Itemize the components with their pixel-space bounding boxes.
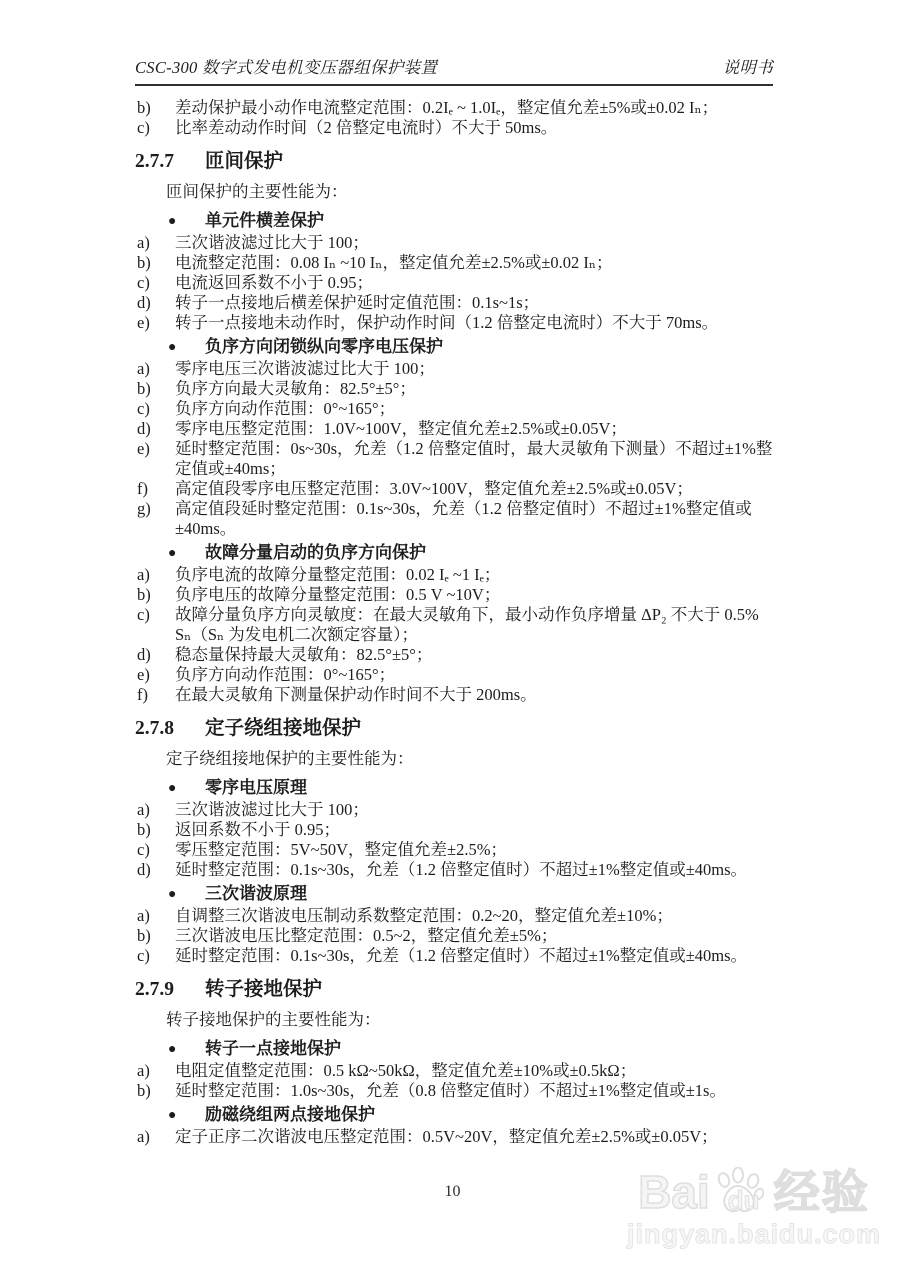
list-item: b)负序方向最大灵敏角：82.5°±5°； xyxy=(135,379,777,399)
bullet-heading: ●励磁绕组两点接地保护 xyxy=(135,1104,777,1125)
item-text: 延时整定范围：0.1s~30s，允差（1.2 倍整定值时）不超过±1%整定值或±… xyxy=(175,860,777,880)
baidu-jingyan-watermark: Bai du 经验 jingyan.baidu.com xyxy=(609,1167,899,1250)
list-item: a)定子正序二次谐波电压整定范围：0.5V~20V，整定值允差±2.5%或±0.… xyxy=(135,1127,777,1147)
item-label: b) xyxy=(135,253,175,273)
item-text: 比率差动动作时间（2 倍整定电流时）不大于 50ms。 xyxy=(175,118,777,138)
item-text: 高定值段延时整定范围：0.1s~30s，允差（1.2 倍整定值时）不超过±1%整… xyxy=(175,499,777,539)
section-heading: 2.7.9转子接地保护 xyxy=(135,977,777,1002)
bullet-title: 零序电压原理 xyxy=(205,777,307,798)
bullet-title: 单元件横差保护 xyxy=(205,210,324,231)
bullet-title: 故障分量启动的负序方向保护 xyxy=(205,542,426,563)
list-item: f)在最大灵敏角下测量保护动作时间不大于 200ms。 xyxy=(135,685,777,705)
list-item: a)三次谐波滤过比大于 100； xyxy=(135,233,777,253)
list-item: a)零序电压三次谐波滤过比大于 100； xyxy=(135,359,777,379)
item-label: d) xyxy=(135,293,175,313)
item-text: 延时整定范围：1.0s~30s，允差（0.8 倍整定值时）不超过±1%整定值或±… xyxy=(175,1081,777,1101)
list-item: a)三次谐波滤过比大于 100； xyxy=(135,800,777,820)
bullet-title: 转子一点接地保护 xyxy=(205,1038,341,1059)
item-text: 负序电流的故障分量整定范围：0.02 Iₑ ~1 Iₑ； xyxy=(175,565,777,585)
item-text: 在最大灵敏角下测量保护动作时间不大于 200ms。 xyxy=(175,685,777,705)
item-label: a) xyxy=(135,800,175,820)
bullet-title: 负序方向闭锁纵向零序电压保护 xyxy=(205,336,443,357)
header-doc-type: 说明书 xyxy=(723,54,773,78)
item-label: a) xyxy=(135,1127,175,1147)
section-title: 转子接地保护 xyxy=(205,977,322,1002)
section-number: 2.7.8 xyxy=(135,716,205,741)
item-text: 转子一点接地未动作时，保护动作时间（1.2 倍整定电流时）不大于 70ms。 xyxy=(175,313,777,333)
section-number: 2.7.7 xyxy=(135,149,205,174)
item-label: a) xyxy=(135,1061,175,1081)
item-label: a) xyxy=(135,233,175,253)
list-item: e)转子一点接地未动作时，保护动作时间（1.2 倍整定电流时）不大于 70ms。 xyxy=(135,313,777,333)
intro-paragraph: 定子绕组接地保护的主要性能为： xyxy=(135,748,777,769)
list-item: f)高定值段零序电压整定范围：3.0V~100V，整定值允差±2.5%或±0.0… xyxy=(135,479,777,499)
list-item: a)电阻定值整定范围：0.5 kΩ~50kΩ，整定值允差±10%或±0.5kΩ； xyxy=(135,1061,777,1081)
item-label: c) xyxy=(135,840,175,860)
bullet-heading: ●零序电压原理 xyxy=(135,777,777,798)
item-label: f) xyxy=(135,479,175,499)
item-label: a) xyxy=(135,359,175,379)
bullet-icon: ● xyxy=(168,210,205,231)
intro-paragraph: 匝间保护的主要性能为： xyxy=(135,181,777,202)
item-label: b) xyxy=(135,820,175,840)
item-text: 零压整定范围：5V~50V，整定值允差±2.5%； xyxy=(175,840,777,860)
bullet-heading: ●单元件横差保护 xyxy=(135,210,777,231)
list-item: d)稳态量保持最大灵敏角：82.5°±5°； xyxy=(135,645,777,665)
document-body: b)差动保护最小动作电流整定范围：0.2Iₑ ~ 1.0Iₑ，整定值允差±5%或… xyxy=(135,98,777,1147)
bullet-heading: ●负序方向闭锁纵向零序电压保护 xyxy=(135,336,777,357)
item-text: 负序电压的故障分量整定范围：0.5 V ~10V； xyxy=(175,585,777,605)
section-heading: 2.7.8定子绕组接地保护 xyxy=(135,716,777,741)
item-label: c) xyxy=(135,605,175,645)
section-heading: 2.7.7匝间保护 xyxy=(135,149,777,174)
item-label: a) xyxy=(135,565,175,585)
item-label: a) xyxy=(135,906,175,926)
list-item: d)延时整定范围：0.1s~30s，允差（1.2 倍整定值时）不超过±1%整定值… xyxy=(135,860,777,880)
watermark-bai-text: Bai xyxy=(638,1169,710,1215)
item-label: g) xyxy=(135,499,175,539)
item-label: c) xyxy=(135,273,175,293)
item-label: e) xyxy=(135,665,175,685)
item-label: b) xyxy=(135,379,175,399)
item-label: e) xyxy=(135,439,175,479)
list-item: b)电流整定范围：0.08 Iₙ ~10 Iₙ，整定值允差±2.5%或±0.02… xyxy=(135,253,777,273)
list-item: c)负序方向动作范围：0°~165°； xyxy=(135,399,777,419)
watermark-logo-row: Bai du 经验 xyxy=(609,1167,899,1217)
item-text: 零序电压三次谐波滤过比大于 100； xyxy=(175,359,777,379)
item-text: 自调整三次谐波电压制动系数整定范围：0.2~20，整定值允差±10%； xyxy=(175,906,777,926)
list-item: d)零序电压整定范围：1.0V~100V，整定值允差±2.5%或±0.05V； xyxy=(135,419,777,439)
item-text: 三次谐波电压比整定范围：0.5~2，整定值允差±5%； xyxy=(175,926,777,946)
section-title: 匝间保护 xyxy=(205,149,283,174)
item-label: f) xyxy=(135,685,175,705)
watermark-jingyan-text: 经验 xyxy=(774,1169,870,1215)
item-label: c) xyxy=(135,399,175,419)
intro-paragraph: 转子接地保护的主要性能为： xyxy=(135,1009,777,1030)
list-item: e)延时整定范围：0s~30s，允差（1.2 倍整定值时，最大灵敏角下测量）不超… xyxy=(135,439,777,479)
page-header: CSC-300 数字式发电机变压器组保护装置 说明书 xyxy=(135,54,773,86)
item-text: 转子一点接地后横差保护延时定值范围：0.1s~1s； xyxy=(175,293,777,313)
item-text: 延时整定范围：0s~30s，允差（1.2 倍整定值时，最大灵敏角下测量）不超过±… xyxy=(175,439,777,479)
item-text: 零序电压整定范围：1.0V~100V，整定值允差±2.5%或±0.05V； xyxy=(175,419,777,439)
list-item: d)转子一点接地后横差保护延时定值范围：0.1s~1s； xyxy=(135,293,777,313)
item-label: d) xyxy=(135,645,175,665)
item-text: 定子正序二次谐波电压整定范围：0.5V~20V，整定值允差±2.5%或±0.05… xyxy=(175,1127,777,1147)
bullet-title: 三次谐波原理 xyxy=(205,883,307,904)
list-item: a)负序电流的故障分量整定范围：0.02 Iₑ ~1 Iₑ； xyxy=(135,565,777,585)
list-item: b)负序电压的故障分量整定范围：0.5 V ~10V； xyxy=(135,585,777,605)
list-item: c)电流返回系数不小于 0.95； xyxy=(135,273,777,293)
item-label: e) xyxy=(135,313,175,333)
list-item: b)三次谐波电压比整定范围：0.5~2，整定值允差±5%； xyxy=(135,926,777,946)
item-text: 差动保护最小动作电流整定范围：0.2Iₑ ~ 1.0Iₑ，整定值允差±5%或±0… xyxy=(175,98,777,118)
item-label: d) xyxy=(135,860,175,880)
item-label: b) xyxy=(135,585,175,605)
bullet-title: 励磁绕组两点接地保护 xyxy=(205,1104,375,1125)
item-text: 负序方向最大灵敏角：82.5°±5°； xyxy=(175,379,777,399)
watermark-url: jingyan.baidu.com xyxy=(609,1219,899,1250)
bullet-icon: ● xyxy=(168,1038,205,1059)
bullet-icon: ● xyxy=(168,1104,205,1125)
header-document-title: CSC-300 数字式发电机变压器组保护装置 xyxy=(135,54,437,78)
bullet-icon: ● xyxy=(168,777,205,798)
item-text: 电流返回系数不小于 0.95； xyxy=(175,273,777,293)
bullet-heading: ●转子一点接地保护 xyxy=(135,1038,777,1059)
item-text: 三次谐波滤过比大于 100； xyxy=(175,233,777,253)
item-text: 返回系数不小于 0.95； xyxy=(175,820,777,840)
list-item: c)故障分量负序方向灵敏度：在最大灵敏角下，最小动作负序增量 ΔP₂ 不大于 0… xyxy=(135,605,777,645)
list-item: c)延时整定范围：0.1s~30s，允差（1.2 倍整定值时）不超过±1%整定值… xyxy=(135,946,777,966)
item-label: b) xyxy=(135,98,175,118)
bullet-heading: ●三次谐波原理 xyxy=(135,883,777,904)
bullet-heading: ●故障分量启动的负序方向保护 xyxy=(135,542,777,563)
item-text: 稳态量保持最大灵敏角：82.5°±5°； xyxy=(175,645,777,665)
list-item: a)自调整三次谐波电压制动系数整定范围：0.2~20，整定值允差±10%； xyxy=(135,906,777,926)
item-label: b) xyxy=(135,1081,175,1101)
bullet-icon: ● xyxy=(168,883,205,904)
bullet-icon: ● xyxy=(168,542,205,563)
item-text: 电流整定范围：0.08 Iₙ ~10 Iₙ，整定值允差±2.5%或±0.02 I… xyxy=(175,253,777,273)
list-item: c)零压整定范围：5V~50V，整定值允差±2.5%； xyxy=(135,840,777,860)
list-item: g)高定值段延时整定范围：0.1s~30s，允差（1.2 倍整定值时）不超过±1… xyxy=(135,499,777,539)
section-title: 定子绕组接地保护 xyxy=(205,716,361,741)
bullet-icon: ● xyxy=(168,336,205,357)
list-item: b)差动保护最小动作电流整定范围：0.2Iₑ ~ 1.0Iₑ，整定值允差±5%或… xyxy=(135,98,777,118)
item-text: 电阻定值整定范围：0.5 kΩ~50kΩ，整定值允差±10%或±0.5kΩ； xyxy=(175,1061,777,1081)
item-label: d) xyxy=(135,419,175,439)
item-label: b) xyxy=(135,926,175,946)
list-item: b)返回系数不小于 0.95； xyxy=(135,820,777,840)
section-number: 2.7.9 xyxy=(135,977,205,1002)
item-text: 负序方向动作范围：0°~165°； xyxy=(175,399,777,419)
item-text: 高定值段零序电压整定范围：3.0V~100V，整定值允差±2.5%或±0.05V… xyxy=(175,479,777,499)
list-item: e)负序方向动作范围：0°~165°； xyxy=(135,665,777,685)
item-text: 负序方向动作范围：0°~165°； xyxy=(175,665,777,685)
item-label: c) xyxy=(135,946,175,966)
item-label: c) xyxy=(135,118,175,138)
list-item: b)延时整定范围：1.0s~30s，允差（0.8 倍整定值时）不超过±1%整定值… xyxy=(135,1081,777,1101)
list-item: c)比率差动动作时间（2 倍整定电流时）不大于 50ms。 xyxy=(135,118,777,138)
item-text: 延时整定范围：0.1s~30s，允差（1.2 倍整定值时）不超过±1%整定值或±… xyxy=(175,946,777,966)
item-text: 故障分量负序方向灵敏度：在最大灵敏角下，最小动作负序增量 ΔP₂ 不大于 0.5… xyxy=(175,605,777,645)
item-text: 三次谐波滤过比大于 100； xyxy=(175,800,777,820)
